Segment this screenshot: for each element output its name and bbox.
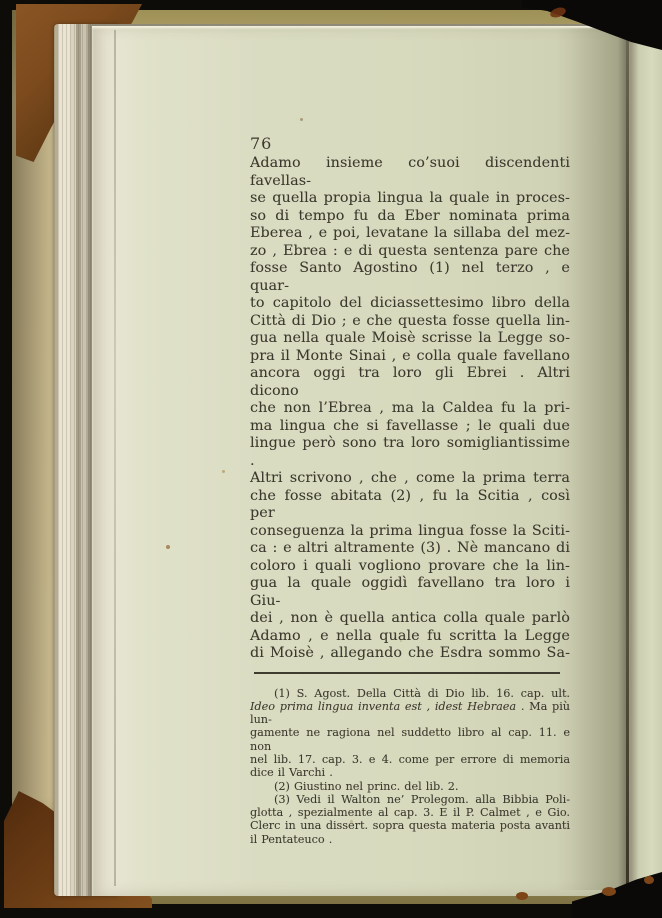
body-line: so di tempo fu da Eber nominata prima [250, 208, 570, 226]
body-line: ancora oggi tra loro gli Ebrei . Altri d… [250, 365, 570, 400]
footnote-latin-phrase: Ideo prima lingua inventa est , idest He… [250, 700, 516, 713]
body-line: ma lingua che si favellasse ; le quali d… [250, 418, 570, 436]
body-line: gua nella quale Moisè scrisse la Legge s… [250, 330, 570, 348]
footnote-line: glotta , spezialmente al cap. 3. E il P.… [250, 806, 570, 819]
body-line: lingue però sono tra loro somigliantissi… [250, 435, 570, 470]
body-line: to capitolo del diciassettesimo libro de… [250, 295, 570, 313]
body-line: gua la quale oggidì favellano tra loro i… [250, 575, 570, 610]
book-scan: 76 Adamo insieme co’suoi discendenti fav… [0, 0, 662, 918]
footnote-line: Ideo prima lingua inventa est , idest He… [250, 700, 570, 727]
body-line: ca : e altri altramente (3) . Nè mancano… [250, 540, 570, 558]
body-line: dei , non è quella antica colla quale pa… [250, 610, 570, 628]
footnote-rule [254, 672, 560, 674]
paper-speck [598, 140, 600, 142]
footnote-line: nel lib. 17. cap. 3. e 4. come per error… [250, 753, 570, 766]
body-line: Adamo insieme co’suoi discendenti favell… [250, 155, 570, 190]
printed-text-block: 76 Adamo insieme co’suoi discendenti fav… [250, 134, 570, 846]
body-line: che non l’Ebrea , ma la Caldea fu la pri… [250, 400, 570, 418]
paper-speck [300, 118, 303, 121]
footnote-block: (1) S. Agost. Della Città di Dio lib. 16… [250, 687, 570, 847]
paper-speck [166, 545, 170, 549]
footnote-line: dice il Varchi . [250, 766, 570, 779]
footnote-line: (2) Giustino nel princ. del lib. 2. [250, 780, 570, 793]
footnote-line: il Pentateuco . [250, 833, 570, 846]
body-line: Adamo , e nella quale fu scritta la Legg… [250, 628, 570, 646]
footnote-line: Clerc in una dissert. sopra questa mater… [250, 819, 570, 832]
body-line: se quella propia lingua la quale in proc… [250, 190, 570, 208]
body-line: Altri scrivono , che , come la prima ter… [250, 470, 570, 488]
body-line: Eberea , e poi, levatane la sillaba del … [250, 225, 570, 243]
body-line: fosse Santo Agostino (1) nel terzo , e q… [250, 260, 570, 295]
body-line: pra il Monte Sinai , e colla quale favel… [250, 348, 570, 366]
body-line: Città di Dio ; e che questa fosse quella… [250, 313, 570, 331]
body-line: che fosse abitata (2) , fu la Scitia , c… [250, 488, 570, 523]
facing-page-sliver [629, 30, 662, 888]
body-line: zo , Ebrea : e di questa sentenza pare c… [250, 243, 570, 261]
leather-fleck [644, 876, 654, 884]
leather-fleck [602, 887, 616, 896]
paper-speck [222, 470, 225, 473]
page-fold-crease [114, 30, 116, 886]
body-line: coloro i quali vogliono provare che la l… [250, 558, 570, 576]
footnote-line: gamente ne ragiona nel suddetto libro al… [250, 726, 570, 753]
leather-fleck [516, 892, 528, 900]
body-line: conseguenza la prima lingua fosse la Sci… [250, 523, 570, 541]
page-number: 76 [250, 134, 570, 154]
footnote-line: (3) Vedi il Walton ne’ Prolegom. alla Bi… [250, 793, 570, 806]
body-line: di Moisè , allegando che Esdra sommo Sa- [250, 645, 570, 663]
body-text: Adamo insieme co’suoi discendenti favell… [250, 155, 570, 663]
footnote-line: (1) S. Agost. Della Città di Dio lib. 16… [250, 687, 570, 700]
